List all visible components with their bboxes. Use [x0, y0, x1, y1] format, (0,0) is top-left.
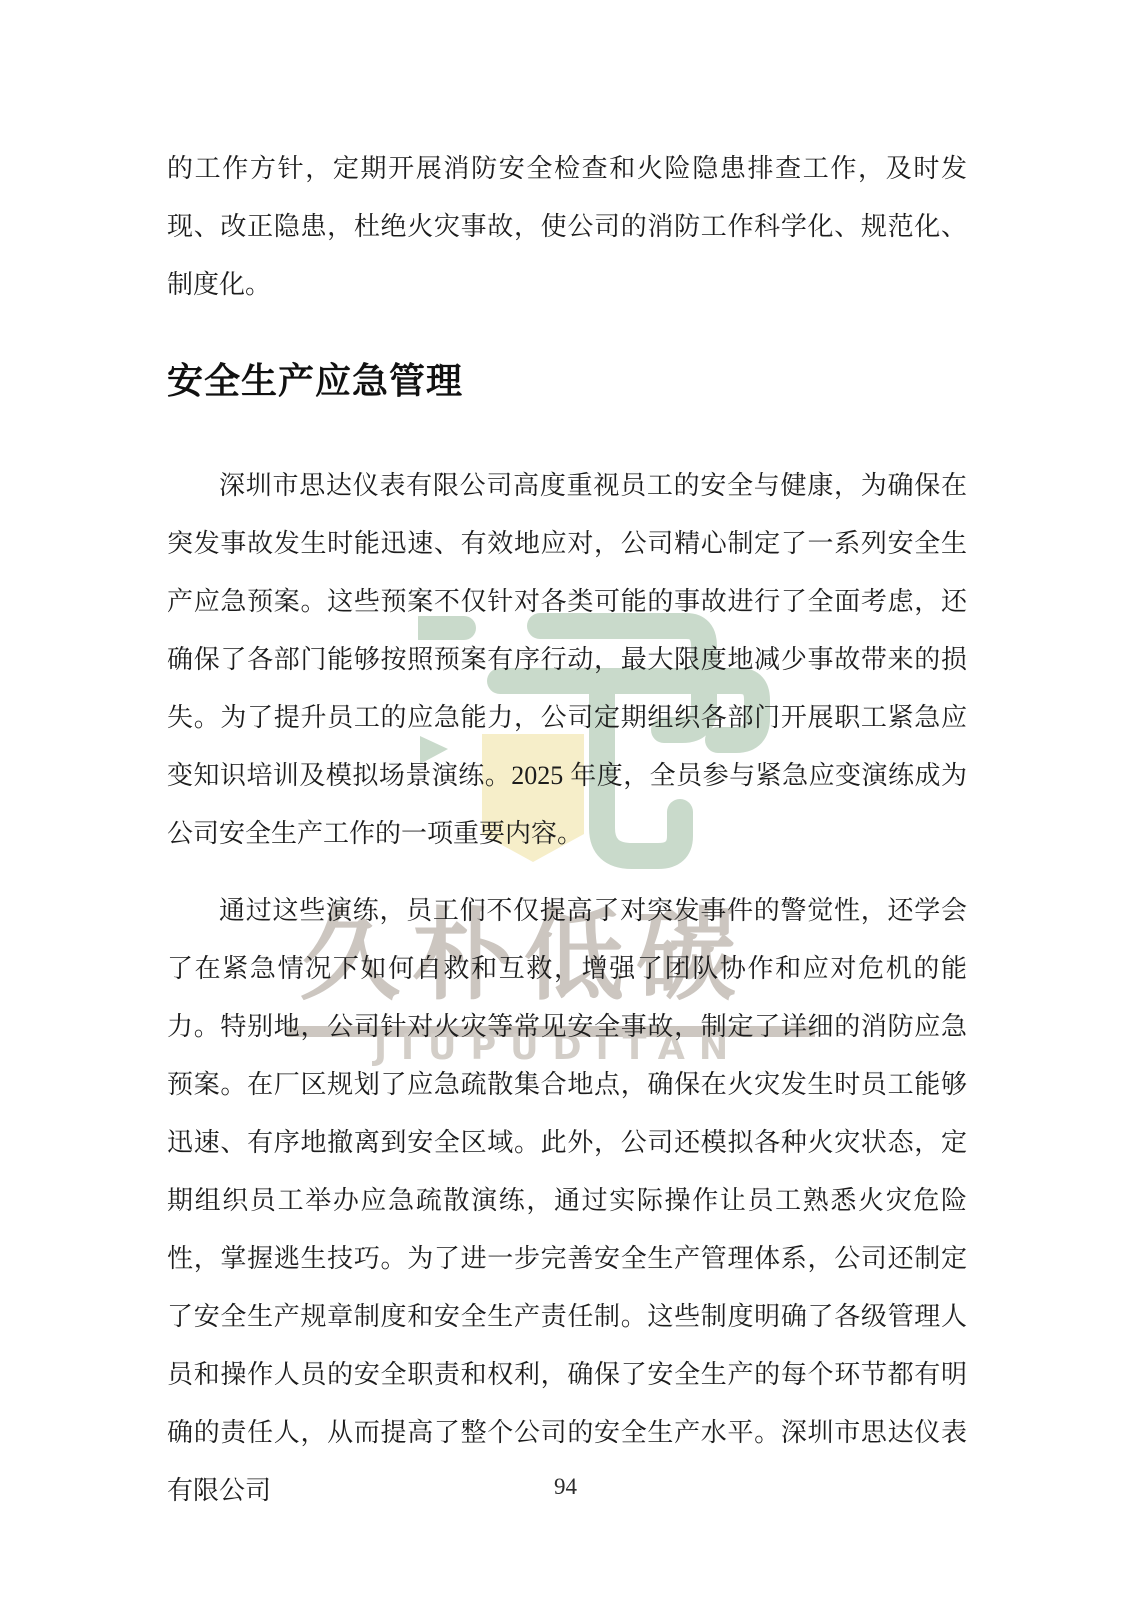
body-paragraph-1: 深圳市思达仪表有限公司高度重视员工的安全与健康，为确保在突发事故发生时能迅速、有…: [167, 457, 967, 863]
body-paragraph-2: 通过这些演练，员工们不仅提高了对突发事件的警觉性，还学会了在紧急情况下如何自救和…: [167, 882, 967, 1520]
page-number: 94: [0, 1474, 1131, 1500]
document-content: 的工作方针，定期开展消防安全检查和火险隐患排查工作，及时发现、改正隐患，杜绝火灾…: [167, 140, 967, 1520]
section-heading: 安全生产应急管理: [167, 358, 967, 404]
intro-paragraph: 的工作方针，定期开展消防安全检查和火险隐患排查工作，及时发现、改正隐患，杜绝火灾…: [167, 140, 967, 314]
document-page: 久朴低碳 JIUPUDITAN 的工作方针，定期开展消防安全检查和火险隐患排查工…: [0, 0, 1131, 1600]
